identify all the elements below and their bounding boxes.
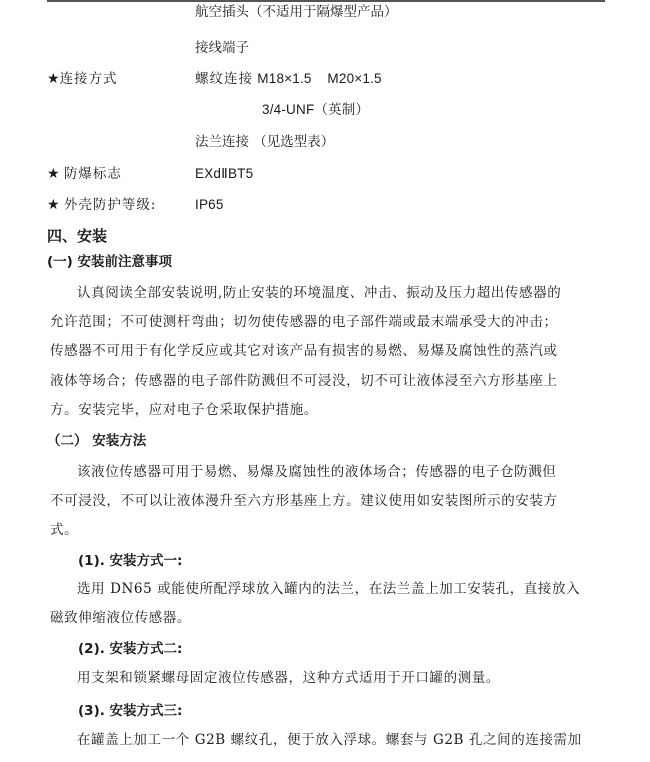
method-3-paragraph: 在罐盖上加工一个 G2B 螺纹孔，便于放入浮球。螺套与 G2B 孔之间的连接需加 xyxy=(50,726,606,755)
text-line: 认真阅读全部安装说明,防止安装的环境温度、冲击、振动及压力超出传感器的 xyxy=(50,279,606,308)
subsection-title-precautions: (一) 安装前注意事项 xyxy=(47,254,172,270)
thread-label: 螺纹连接 xyxy=(195,71,253,87)
thread-imperial: 3/4-UNF（英制） xyxy=(262,102,369,118)
thread-values: M18×1.5 M20×1.5 xyxy=(257,71,381,86)
text-line: 用支架和锁紧螺母固定液位传感器，这种方式适用于开口罐的测量。 xyxy=(50,664,606,693)
connection-label: 连接方式 xyxy=(60,71,118,87)
method-2-title: (2). 安装方式二: xyxy=(78,641,182,657)
method-2-paragraph: 用支架和锁紧螺母固定液位传感器，这种方式适用于开口罐的测量。 xyxy=(50,664,606,693)
method-paragraph: 该液位传感器可用于易燃、易爆及腐蚀性的液体场合；传感器的电子仓防溅但 不可浸没，… xyxy=(50,458,606,546)
star-icon: ★ xyxy=(47,166,60,182)
method-1-title: (1). 安装方式一: xyxy=(78,553,182,569)
connection-aviation-plug: 航空插头（不适用于隔爆型产品） xyxy=(195,4,398,20)
text-line: 传感器不可用于有化学反应或其它对该产品有损害的易燃、易爆及腐蚀性的蒸汽或 xyxy=(50,337,606,366)
enclosure-label-row: ★ 外壳防护等级: xyxy=(47,197,156,213)
method-3-title: (3). 安装方式三: xyxy=(78,703,182,719)
subsection-title-method: （二） 安装方法 xyxy=(47,433,146,449)
text-line: 在罐盖上加工一个 G2B 螺纹孔，便于放入浮球。螺套与 G2B 孔之间的连接需加 xyxy=(50,726,606,755)
text-line: 允许范围；不可使测杆弯曲；切勿使传感器的电子部件端或最末端承受大的冲击； xyxy=(50,308,606,337)
enclosure-label: 外壳防护等级: xyxy=(64,197,157,213)
top-rule xyxy=(47,0,605,2)
text-line: 不可浸没，不可以让液体漫升至六方形基座上方。建议使用如安装图所示的安装方 xyxy=(50,487,606,516)
text-line: 选用 DN65 或能使所配浮球放入罐内的法兰，在法兰盖上加工安装孔，直接放入 xyxy=(50,575,606,604)
star-icon: ★ xyxy=(47,71,60,87)
precautions-paragraph: 认真阅读全部安装说明,防止安装的环境温度、冲击、振动及压力超出传感器的 允许范围… xyxy=(50,279,606,425)
connection-label-row: ★连接方式 xyxy=(47,71,118,87)
section-title-install: 四、安装 xyxy=(47,228,107,244)
text-line: 式。 xyxy=(50,516,606,545)
text-line: 磁致伸缩液位传感器。 xyxy=(50,604,606,633)
enclosure-value: IP65 xyxy=(195,197,224,213)
explosion-label: 防爆标志 xyxy=(64,166,122,182)
explosion-value: EXdⅡBT5 xyxy=(195,166,253,182)
text-line: 该液位传感器可用于易燃、易爆及腐蚀性的液体场合；传感器的电子仓防溅但 xyxy=(50,458,606,487)
text-line: 方。安装完毕，应对电子仓采取保护措施。 xyxy=(50,396,606,425)
connection-thread-row: 螺纹连接 M18×1.5 M20×1.5 xyxy=(195,71,382,87)
star-icon: ★ xyxy=(47,197,60,213)
method-1-paragraph: 选用 DN65 或能使所配浮球放入罐内的法兰，在法兰盖上加工安装孔，直接放入 磁… xyxy=(50,575,606,633)
connection-terminal: 接线端子 xyxy=(195,40,249,56)
connection-flange: 法兰连接 （见选型表） xyxy=(195,134,334,150)
explosion-label-row: ★ 防爆标志 xyxy=(47,166,122,182)
text-line: 液体等场合；传感器的电子部件防溅但不可浸没，切不可让液体浸至六方形基座上 xyxy=(50,367,606,396)
